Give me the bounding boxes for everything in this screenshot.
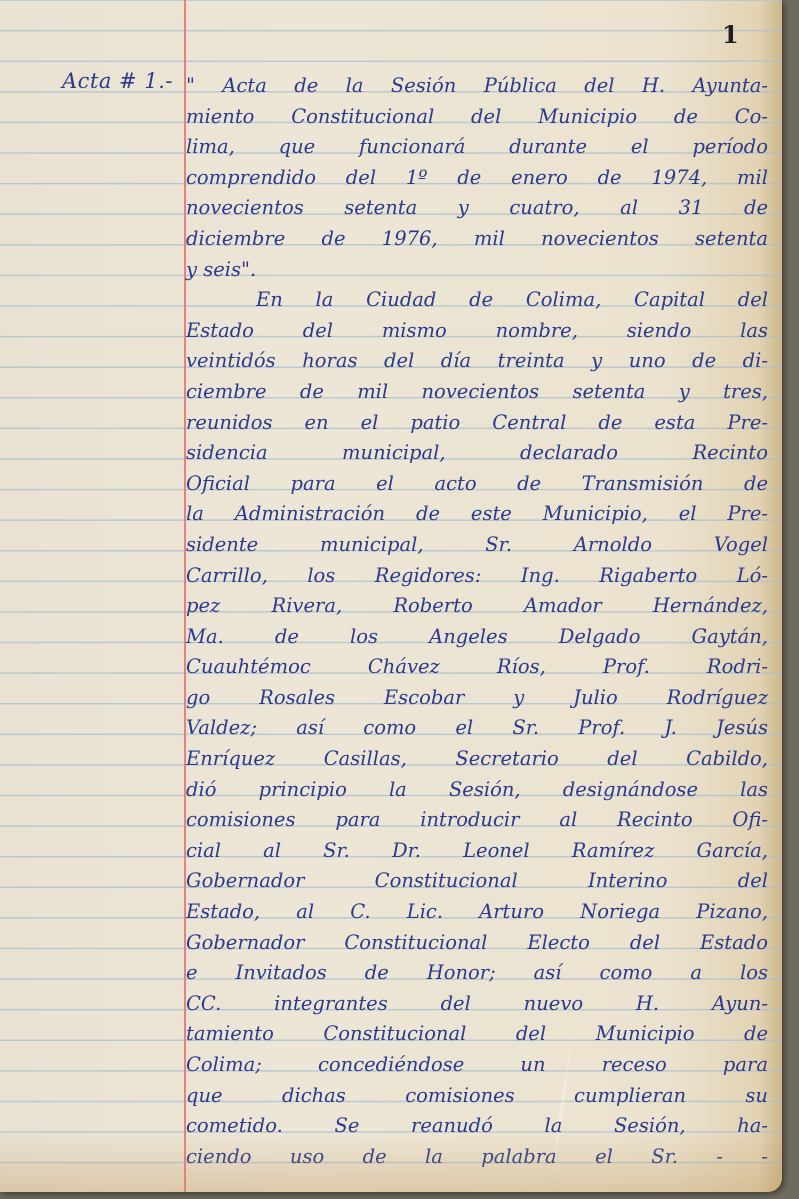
text-line: Cuauhtémoc Chávez Ríos, Prof. Rodri- xyxy=(186,652,768,683)
text-line: En la Ciudad de Colima, Capital del xyxy=(186,285,768,316)
text-line: reunidos en el patio Central de esta Pre… xyxy=(186,408,768,439)
text-line: " Acta de la Sesión Pública del H. Ayunt… xyxy=(186,71,768,102)
text-line: cometido. Se reanudó la Sesión, ha- xyxy=(186,1111,768,1142)
text-line: CC. integrantes del nuevo H. Ayun- xyxy=(186,989,768,1020)
text-line: e Invitados de Honor; así como a los xyxy=(186,958,768,989)
text-line: tamiento Constitucional del Municipio de xyxy=(186,1019,768,1050)
page-number: 1 xyxy=(722,20,739,49)
text-line: Colima; concediéndose un receso para xyxy=(186,1050,768,1081)
text-line: ciembre de mil novecientos setenta y tre… xyxy=(186,377,768,408)
text-line: Gobernador Constitucional Interino del xyxy=(186,866,768,897)
text-line: cial al Sr. Dr. Leonel Ramírez García, xyxy=(186,836,768,867)
text-line: Valdez; así como el Sr. Prof. J. Jesús xyxy=(186,713,768,744)
text-line: go Rosales Escobar y Julio Rodríguez xyxy=(186,683,768,714)
text-line: dió principio la Sesión, designándose la… xyxy=(186,775,768,806)
text-line: Estado del mismo nombre, siendo las xyxy=(186,316,768,347)
handwritten-body-text: " Acta de la Sesión Pública del H. Ayunt… xyxy=(186,71,768,1172)
text-line: Carrillo, los Regidores: Ing. Rigaberto … xyxy=(186,561,768,592)
text-line: Gobernador Constitucional Electo del Est… xyxy=(186,928,768,959)
text-line: sidente municipal, Sr. Arnoldo Vogel xyxy=(186,530,768,561)
text-line: ciendo uso de la palabra el Sr. - - xyxy=(186,1142,768,1173)
text-line: Oficial para el acto de Transmisión de xyxy=(186,469,768,500)
text-line: sidencia municipal, declarado Recinto xyxy=(186,438,768,469)
text-line: Estado, al C. Lic. Arturo Noriega Pizano… xyxy=(186,897,768,928)
text-line: pez Rivera, Roberto Amador Hernández, xyxy=(186,591,768,622)
text-line: que dichas comisiones cumplieran su xyxy=(186,1081,768,1112)
text-line: veintidós horas del día treinta y uno de… xyxy=(186,346,768,377)
ledger-page: 1 Acta # 1.- " Acta de la Sesión Pública… xyxy=(0,0,782,1192)
text-line: comisiones para introducir al Recinto Of… xyxy=(186,805,768,836)
text-line: diciembre de 1976, mil novecientos seten… xyxy=(186,224,768,255)
text-line: la Administración de este Municipio, el … xyxy=(186,499,768,530)
text-line: y seis". xyxy=(186,255,768,286)
text-line: Enríquez Casillas, Secretario del Cabild… xyxy=(186,744,768,775)
text-line: comprendido del 1º de enero de 1974, mil xyxy=(186,163,768,194)
text-line: novecientos setenta y cuatro, al 31 de xyxy=(186,193,768,224)
text-line: Ma. de los Angeles Delgado Gaytán, xyxy=(186,622,768,653)
text-line: miento Constitucional del Municipio de C… xyxy=(186,102,768,133)
margin-label-acta: Acta # 1.- xyxy=(62,69,173,93)
text-line: lima, que funcionará durante el período xyxy=(186,132,768,163)
